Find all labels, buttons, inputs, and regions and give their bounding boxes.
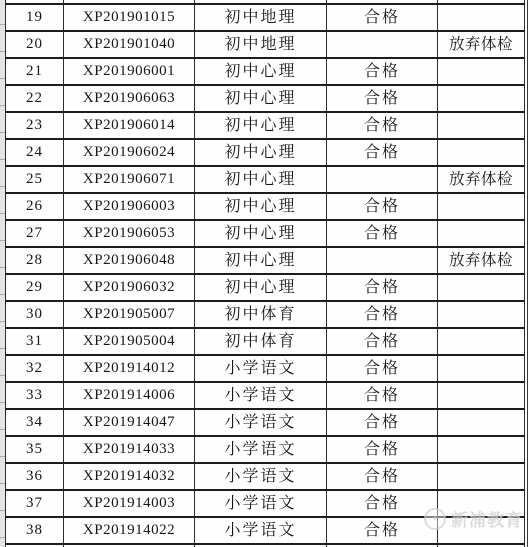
cell-remark [437,437,525,462]
cell-number: 34 [5,410,63,435]
cell-remark [437,302,525,327]
cell-subject: 初中心理 [194,248,326,273]
cell-status: 合格 [326,356,437,381]
cell-status: 合格 [326,86,437,111]
cell-status: 合格 [326,140,437,165]
cell-number: 38 [5,518,63,543]
cell-number: 37 [5,491,63,516]
table-row: 25 XP201906071 初中心理 放弃体检 [5,167,525,194]
cell-status: 合格 [326,329,437,354]
cell-remark [437,86,525,111]
cell-number: 29 [5,275,63,300]
cell-remark [437,410,525,435]
cell-exam-id: XP201906053 [63,221,194,246]
table-row: 31 XP201905004 初中体育 合格 [5,329,525,356]
cell-number: 31 [5,329,63,354]
table-row: 28 XP201906048 初中心理 放弃体检 [5,248,525,275]
table-row: 30 XP201905007 初中体育 合格 [5,302,525,329]
cell-exam-id: XP201914033 [63,437,194,462]
table-row: 22 XP201906063 初中心理 合格 [5,86,525,113]
cell-remark [437,356,525,381]
cell-exam-id: XP201914006 [63,383,194,408]
cell-subject: 初中心理 [194,221,326,246]
cell-status [326,248,437,273]
table-row: 27 XP201906053 初中心理 合格 [5,221,525,248]
cell-remark [437,491,525,516]
table-row: 24 XP201906024 初中心理 合格 [5,140,525,167]
cell-exam-id: XP201901015 [63,5,194,30]
cell-exam-id: XP201901040 [63,32,194,57]
cell-remark [437,5,525,30]
cell-status: 合格 [326,5,437,30]
cell-status: 合格 [326,437,437,462]
physical-exam-results-table: 19 XP201901015 初中地理 合格 20 XP201901040 初中… [5,0,525,547]
cell-number [5,0,63,3]
cell-remark [437,113,525,138]
cell-subject: 初中心理 [194,113,326,138]
cell-remark [437,275,525,300]
cell-subject: 初中地理 [194,5,326,30]
cell-status: 合格 [326,383,437,408]
cell-number: 25 [5,167,63,192]
cell-number: 32 [5,356,63,381]
cell-remark [437,194,525,219]
cell-number: 35 [5,437,63,462]
cell-status: 合格 [326,113,437,138]
cell-status: 合格 [326,491,437,516]
cell-status: 合格 [326,518,437,543]
cell-exam-id: XP201914012 [63,356,194,381]
cell-status: 合格 [326,464,437,489]
table-row: 35 XP201914033 小学语文 合格 [5,437,525,464]
cell-subject: 初中心理 [194,275,326,300]
cell-subject: 小学语文 [194,518,326,543]
cell-remark: 放弃体检 [437,248,525,273]
cell-status [326,0,437,3]
cell-status [326,167,437,192]
cell-number: 21 [5,59,63,84]
table-body: 19 XP201901015 初中地理 合格 20 XP201901040 初中… [5,5,525,545]
table-row: 20 XP201901040 初中地理 放弃体检 [5,32,525,59]
cell-exam-id: XP201906001 [63,59,194,84]
cell-number: 26 [5,194,63,219]
cell-status: 合格 [326,302,437,327]
cell-remark [437,383,525,408]
cell-subject: 初中地理 [194,32,326,57]
cell-exam-id: XP201906071 [63,167,194,192]
cell-exam-id: XP201914003 [63,491,194,516]
table-row: 34 XP201914047 小学语文 合格 [5,410,525,437]
cell-status: 合格 [326,59,437,84]
cell-number: 33 [5,383,63,408]
cell-exam-id: XP201906014 [63,113,194,138]
cell-remark [437,59,525,84]
cell-number: 19 [5,5,63,30]
cell-exam-id: XP201906063 [63,86,194,111]
cell-remark [437,0,525,3]
cell-number: 36 [5,464,63,489]
cell-remark [437,518,525,543]
cell-status: 合格 [326,275,437,300]
cell-exam-id [63,0,194,3]
cell-exam-id: XP201905004 [63,329,194,354]
table-row: 26 XP201906003 初中心理 合格 [5,194,525,221]
cell-subject: 小学语文 [194,491,326,516]
table-row: 38 XP201914022 小学语文 合格 [5,518,525,545]
cell-subject: 初中体育 [194,329,326,354]
cell-subject: 初中心理 [194,140,326,165]
cell-subject: 初中心理 [194,194,326,219]
cell-exam-id: XP201914047 [63,410,194,435]
cell-subject: 初中体育 [194,302,326,327]
table-row: 33 XP201914006 小学语文 合格 [5,383,525,410]
cell-status: 合格 [326,221,437,246]
cell-subject [194,0,326,3]
cell-remark [437,140,525,165]
cell-exam-id: XP201914032 [63,464,194,489]
cell-exam-id: XP201906032 [63,275,194,300]
cell-subject: 小学语文 [194,356,326,381]
cell-remark: 放弃体检 [437,167,525,192]
cell-number: 23 [5,113,63,138]
cell-remark [437,464,525,489]
cell-number: 20 [5,32,63,57]
cell-remark: 放弃体检 [437,32,525,57]
table-row: 23 XP201906014 初中心理 合格 [5,113,525,140]
screenshot-root: 19 XP201901015 初中地理 合格 20 XP201901040 初中… [0,0,528,547]
table-row: 37 XP201914003 小学语文 合格 [5,491,525,518]
cell-subject: 小学语文 [194,383,326,408]
table-row: 32 XP201914012 小学语文 合格 [5,356,525,383]
cell-number: 27 [5,221,63,246]
cell-exam-id: XP201906048 [63,248,194,273]
cell-status: 合格 [326,194,437,219]
cell-remark [437,221,525,246]
cell-status [326,32,437,57]
cell-exam-id: XP201905007 [63,302,194,327]
cell-exam-id: XP201906024 [63,140,194,165]
cell-subject: 小学语文 [194,437,326,462]
cell-number: 30 [5,302,63,327]
cell-status: 合格 [326,410,437,435]
table-row: 29 XP201906032 初中心理 合格 [5,275,525,302]
cell-subject: 初中心理 [194,167,326,192]
cell-remark [437,329,525,354]
table-row: 19 XP201901015 初中地理 合格 [5,5,525,32]
cell-exam-id: XP201914022 [63,518,194,543]
cell-subject: 初中心理 [194,86,326,111]
cell-subject: 小学语文 [194,464,326,489]
table-row: 36 XP201914032 小学语文 合格 [5,464,525,491]
cell-number: 22 [5,86,63,111]
cell-exam-id: XP201906003 [63,194,194,219]
table-row: 21 XP201906001 初中心理 合格 [5,59,525,86]
cell-subject: 小学语文 [194,410,326,435]
cell-subject: 初中心理 [194,59,326,84]
cell-number: 24 [5,140,63,165]
cell-number: 28 [5,248,63,273]
